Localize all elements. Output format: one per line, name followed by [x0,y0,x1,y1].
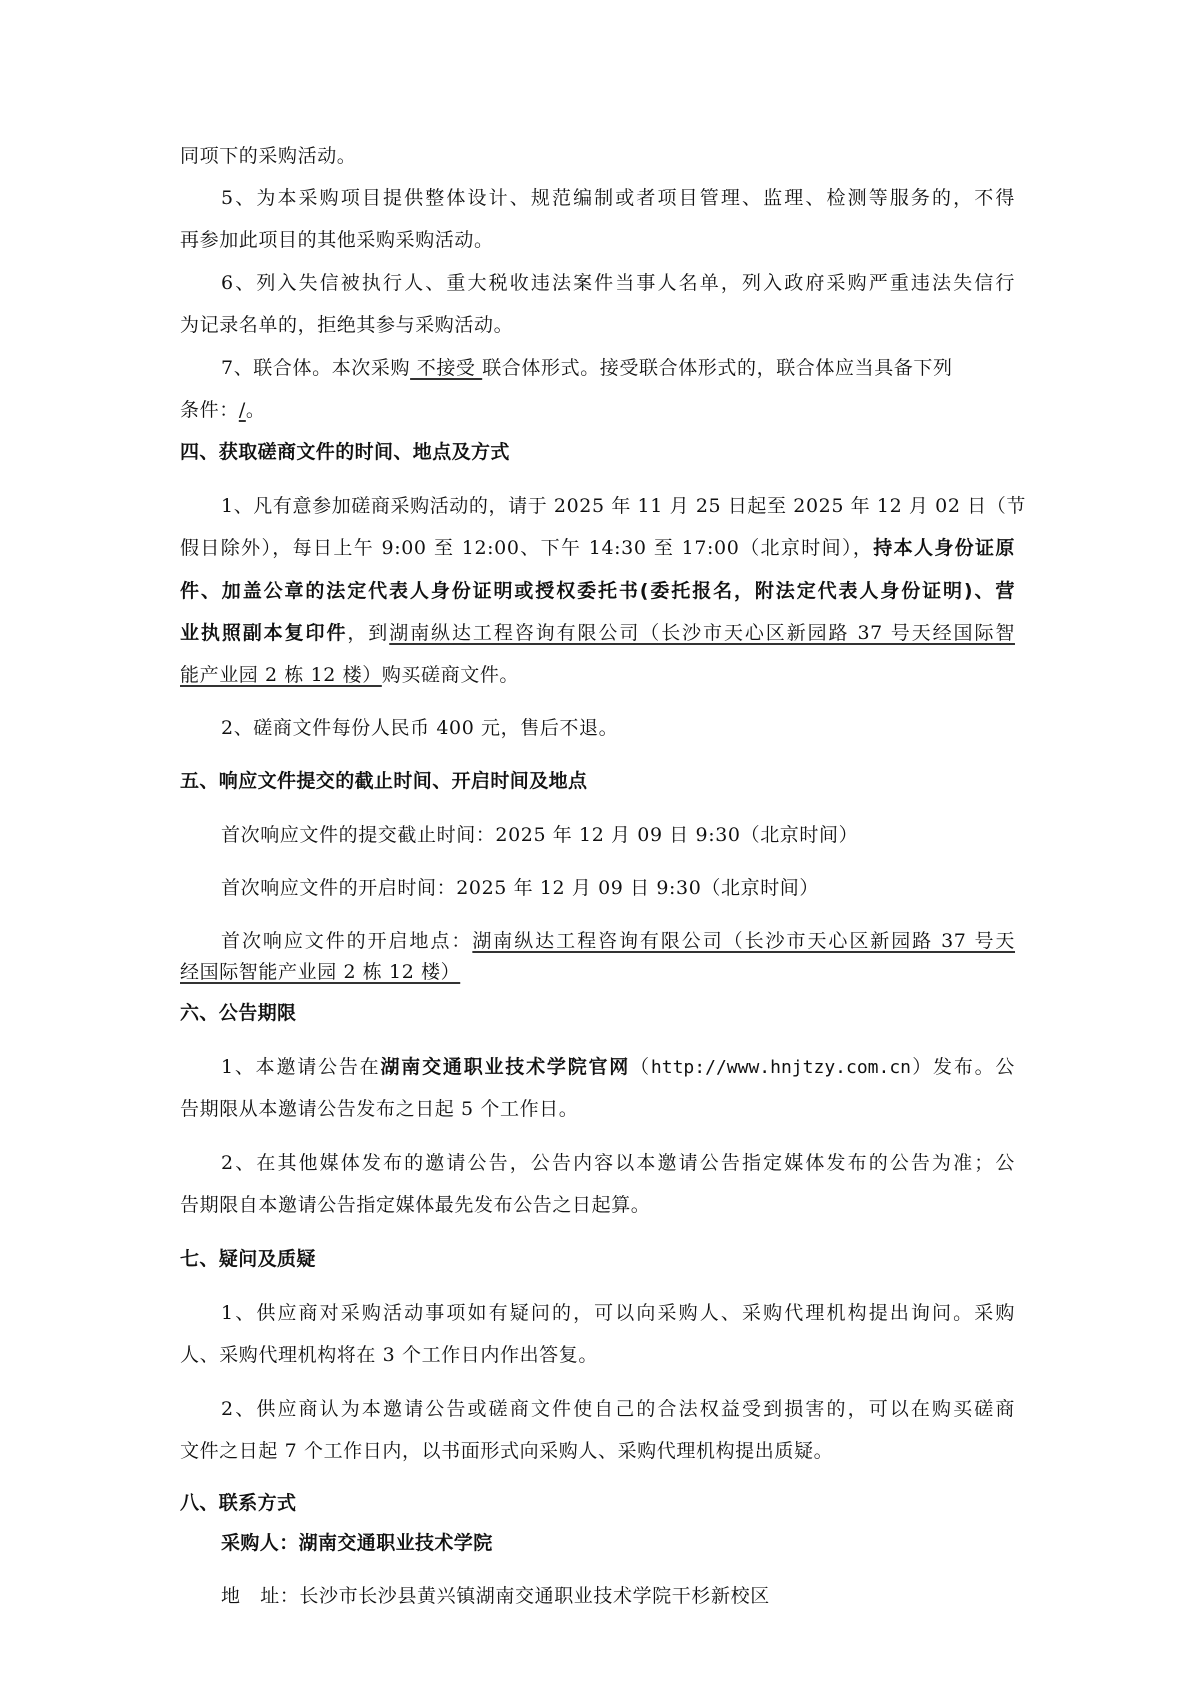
text-bold: 件、加盖公章的法定代表人身份证明或授权委托书(委托报名，附法定代表人身份证明)、… [180,580,1015,602]
text: 2、供应商认为本邀请公告或磋商文件使自己的合法权益受到损害的，可以在购买磋商 [221,1398,1015,1420]
open-place-label: 首次响应文件的开启地点： [221,930,472,952]
text: 6、列入失信被执行人、重大税收违法案件当事人名单，列入政府采购严重违法失信行 [221,272,1015,294]
text: 告期限自本邀请公告指定媒体最先发布公告之日起算。 [180,1194,650,1216]
paragraph-line: 条件：/。 [180,397,1015,423]
heading-text: 五、响应文件提交的截止时间、开启时间及地点 [180,770,587,792]
text: 文件之日起 7 个工作日内，以书面形式向采购人、采购代理机构提出质疑。 [180,1440,833,1462]
text: 1、本邀请公告在 [221,1056,381,1078]
text: 同项下的采购活动。 [180,145,356,167]
paragraph-line: 1、本邀请公告在湖南交通职业技术学院官网（http://www.hnjtzy.c… [221,1054,1015,1081]
deadline-text: 首次响应文件的提交截止时间：2025 年 12 月 09 日 9:30（北京时间… [221,824,858,846]
text: ，到 [347,622,389,644]
open-time-text: 首次响应文件的开启时间：2025 年 12 月 09 日 9:30（北京时间） [221,877,819,899]
paragraph-line: 5、为本采购项目提供整体设计、规范编制或者项目管理、监理、检测等服务的，不得 [221,185,1015,211]
heading-text: 六、公告期限 [180,1002,296,1024]
address-line: 地 址：长沙市长沙县黄兴镇湖南交通职业技术学院干杉新校区 [221,1583,1015,1609]
open-place-value: 湖南纵达工程咨询有限公司（长沙市天心区新园路 37 号天 [472,930,1015,952]
purchaser-text: 采购人：湖南交通职业技术学院 [221,1532,493,1554]
website-name: 湖南交通职业技术学院官网 [381,1056,631,1078]
paragraph-line: 首次响应文件的开启地点：湖南纵达工程咨询有限公司（长沙市天心区新园路 37 号天 [221,928,1015,954]
paragraph-line: 2、磋商文件每份人民币 400 元，售后不退。 [221,715,1015,741]
consortium-acceptance-value: 不接受 [410,357,482,379]
paragraph-line: 人、采购代理机构将在 3 个工作日内作出答复。 [180,1342,1015,1368]
paragraph-line: 1、凡有意参加磋商采购活动的，请于 2025 年 11 月 25 日起至 202… [221,493,1015,519]
text: 。 [246,399,266,421]
text: 再参加此项目的其他采购采购活动。 [180,229,494,251]
text: 1、凡有意参加磋商采购活动的，请于 2025 年 11 月 25 日起至 202… [221,495,1026,517]
paragraph-line: 首次响应文件的提交截止时间：2025 年 12 月 09 日 9:30（北京时间… [221,822,1015,848]
paragraph-line: 假日除外），每日上午 9:00 至 12:00、下午 14:30 至 17:00… [180,535,1015,561]
paragraph-line: 能产业园 2 栋 12 楼）购买磋商文件。 [180,662,1015,688]
text: 1、供应商对采购活动事项如有疑问的，可以向采购人、采购代理机构提出询问。采购 [221,1302,1015,1324]
open-place-value: 经国际智能产业园 2 栋 12 楼） [180,961,460,983]
address-value: 长沙市长沙县黄兴镇湖南交通职业技术学院干杉新校区 [299,1585,769,1607]
paragraph-line: 为记录名单的，拒绝其参与采购活动。 [180,312,1015,338]
text: 假日除外），每日上午 9:00 至 12:00、下午 14:30 至 17:00… [180,537,873,559]
text: 2、磋商文件每份人民币 400 元，售后不退。 [221,717,618,739]
paragraph-line: 告期限从本邀请公告发布之日起 5 个工作日。 [180,1096,1015,1122]
paragraph-line: 经国际智能产业园 2 栋 12 楼） [180,959,1015,985]
paragraph-line: 首次响应文件的开启时间：2025 年 12 月 09 日 9:30（北京时间） [221,875,1015,901]
paragraph-line: 1、供应商对采购活动事项如有疑问的，可以向采购人、采购代理机构提出询问。采购 [221,1300,1015,1326]
purchaser-line: 采购人：湖南交通职业技术学院 [221,1530,1015,1556]
paragraph-line: 告期限自本邀请公告指定媒体最先发布公告之日起算。 [180,1192,1015,1218]
paragraph-line: 再参加此项目的其他采购采购活动。 [180,227,1015,253]
text: （ [630,1056,651,1078]
text: 为记录名单的，拒绝其参与采购活动。 [180,314,513,336]
section-heading: 五、响应文件提交的截止时间、开启时间及地点 [180,768,1015,794]
text: 联合体形式。接受联合体形式的，联合体应当具备下列 [482,357,952,379]
paragraph-line: 2、在其他媒体发布的邀请公告，公告内容以本邀请公告指定媒体发布的公告为准；公 [221,1150,1015,1176]
paragraph-line: 文件之日起 7 个工作日内，以书面形式向采购人、采购代理机构提出质疑。 [180,1438,1015,1464]
section-heading: 四、获取磋商文件的时间、地点及方式 [180,439,1015,465]
document-page: 同项下的采购活动。 5、为本采购项目提供整体设计、规范编制或者项目管理、监理、检… [0,0,1191,1684]
text-bold: 持本人身份证原 [873,537,1015,559]
heading-text: 四、获取磋商文件的时间、地点及方式 [180,441,510,463]
text: 2、在其他媒体发布的邀请公告，公告内容以本邀请公告指定媒体发布的公告为准；公 [221,1152,1015,1174]
text: 条件： [180,399,239,421]
section-heading: 七、疑问及质疑 [180,1246,1015,1272]
address-label: 地 址： [221,1585,299,1607]
consortium-conditions-value: / [239,399,246,421]
text: 购买磋商文件。 [382,664,519,686]
agency-address-link: 能产业园 2 栋 12 楼） [180,664,382,686]
text: 人、采购代理机构将在 3 个工作日内作出答复。 [180,1344,598,1366]
paragraph-line: 同项下的采购活动。 [180,143,1015,169]
website-url: http://www.hnjtzy.com.cn [651,1057,911,1078]
text-bold: 业执照副本复印件 [180,622,347,644]
paragraph-line: 件、加盖公章的法定代表人身份证明或授权委托书(委托报名，附法定代表人身份证明)、… [180,578,1015,604]
paragraph-line: 6、列入失信被执行人、重大税收违法案件当事人名单，列入政府采购严重违法失信行 [221,270,1015,296]
text: 7、联合体。本次采购 [221,357,410,379]
section-heading: 八、联系方式 [180,1490,1015,1516]
text: ）发布。公 [911,1056,1015,1078]
text: 告期限从本邀请公告发布之日起 5 个工作日。 [180,1098,578,1120]
heading-text: 七、疑问及质疑 [180,1248,316,1270]
paragraph-line: 2、供应商认为本邀请公告或磋商文件使自己的合法权益受到损害的，可以在购买磋商 [221,1396,1015,1422]
section-heading: 六、公告期限 [180,1000,1015,1026]
agency-address-link: 湖南纵达工程咨询有限公司（长沙市天心区新园路 37 号天经国际智 [389,622,1015,644]
heading-text: 八、联系方式 [180,1492,296,1514]
text: 5、为本采购项目提供整体设计、规范编制或者项目管理、监理、检测等服务的，不得 [221,187,1015,209]
paragraph-line: 业执照副本复印件，到湖南纵达工程咨询有限公司（长沙市天心区新园路 37 号天经国… [180,620,1015,646]
paragraph-line: 7、联合体。本次采购 不接受 联合体形式。接受联合体形式的，联合体应当具备下列 [221,355,1015,381]
